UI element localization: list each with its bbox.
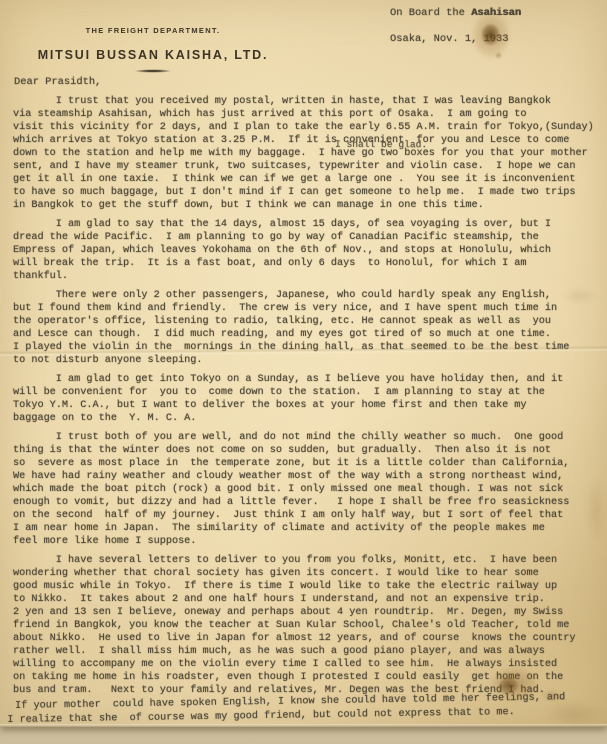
dateline-place-date: Osaka, Nov. 1, 1933 [390,33,521,46]
letterhead: THE FREIGHT DEPARTMENT. MITSUI BUSSAN KA… [22,26,284,73]
dateline-location-prefix: On Board the [390,7,471,19]
ink-stain-top-speck [494,51,503,60]
interlinear-insertion: I shall be glad. [335,139,427,150]
letter-paper: THE FREIGHT DEPARTMENT. MITSUI BUSSAN KA… [0,0,607,727]
salutation: Dear Prasidth, [14,76,101,88]
letterhead-company: MITSUI BUSSAN KAISHA, LTD. [22,48,284,62]
paragraph: I am glad to get into Tokyo on a Sunday,… [13,373,607,425]
paragraph: I am glad to say that the 14 days, almos… [13,218,607,283]
paragraph: I trust that you received my postal, wri… [13,95,607,212]
letterhead-department: THE FREIGHT DEPARTMENT. [22,26,284,35]
dateline: On Board the Asahisan Osaka, Nov. 1, 193… [390,7,521,46]
vessel-name: Asahisan [471,7,521,19]
paragraph: I have several letters to deliver to you… [13,554,607,697]
paper-bottom-edge [0,724,607,727]
letter-body: I trust that you received my postal, wri… [13,95,607,703]
dateline-location: On Board the Asahisan [390,7,521,20]
paragraph: I trust both of you are well, and do not… [13,431,607,548]
photo-backdrop: THE FREIGHT DEPARTMENT. MITSUI BUSSAN KA… [0,0,607,744]
letterhead-rule [131,69,175,73]
